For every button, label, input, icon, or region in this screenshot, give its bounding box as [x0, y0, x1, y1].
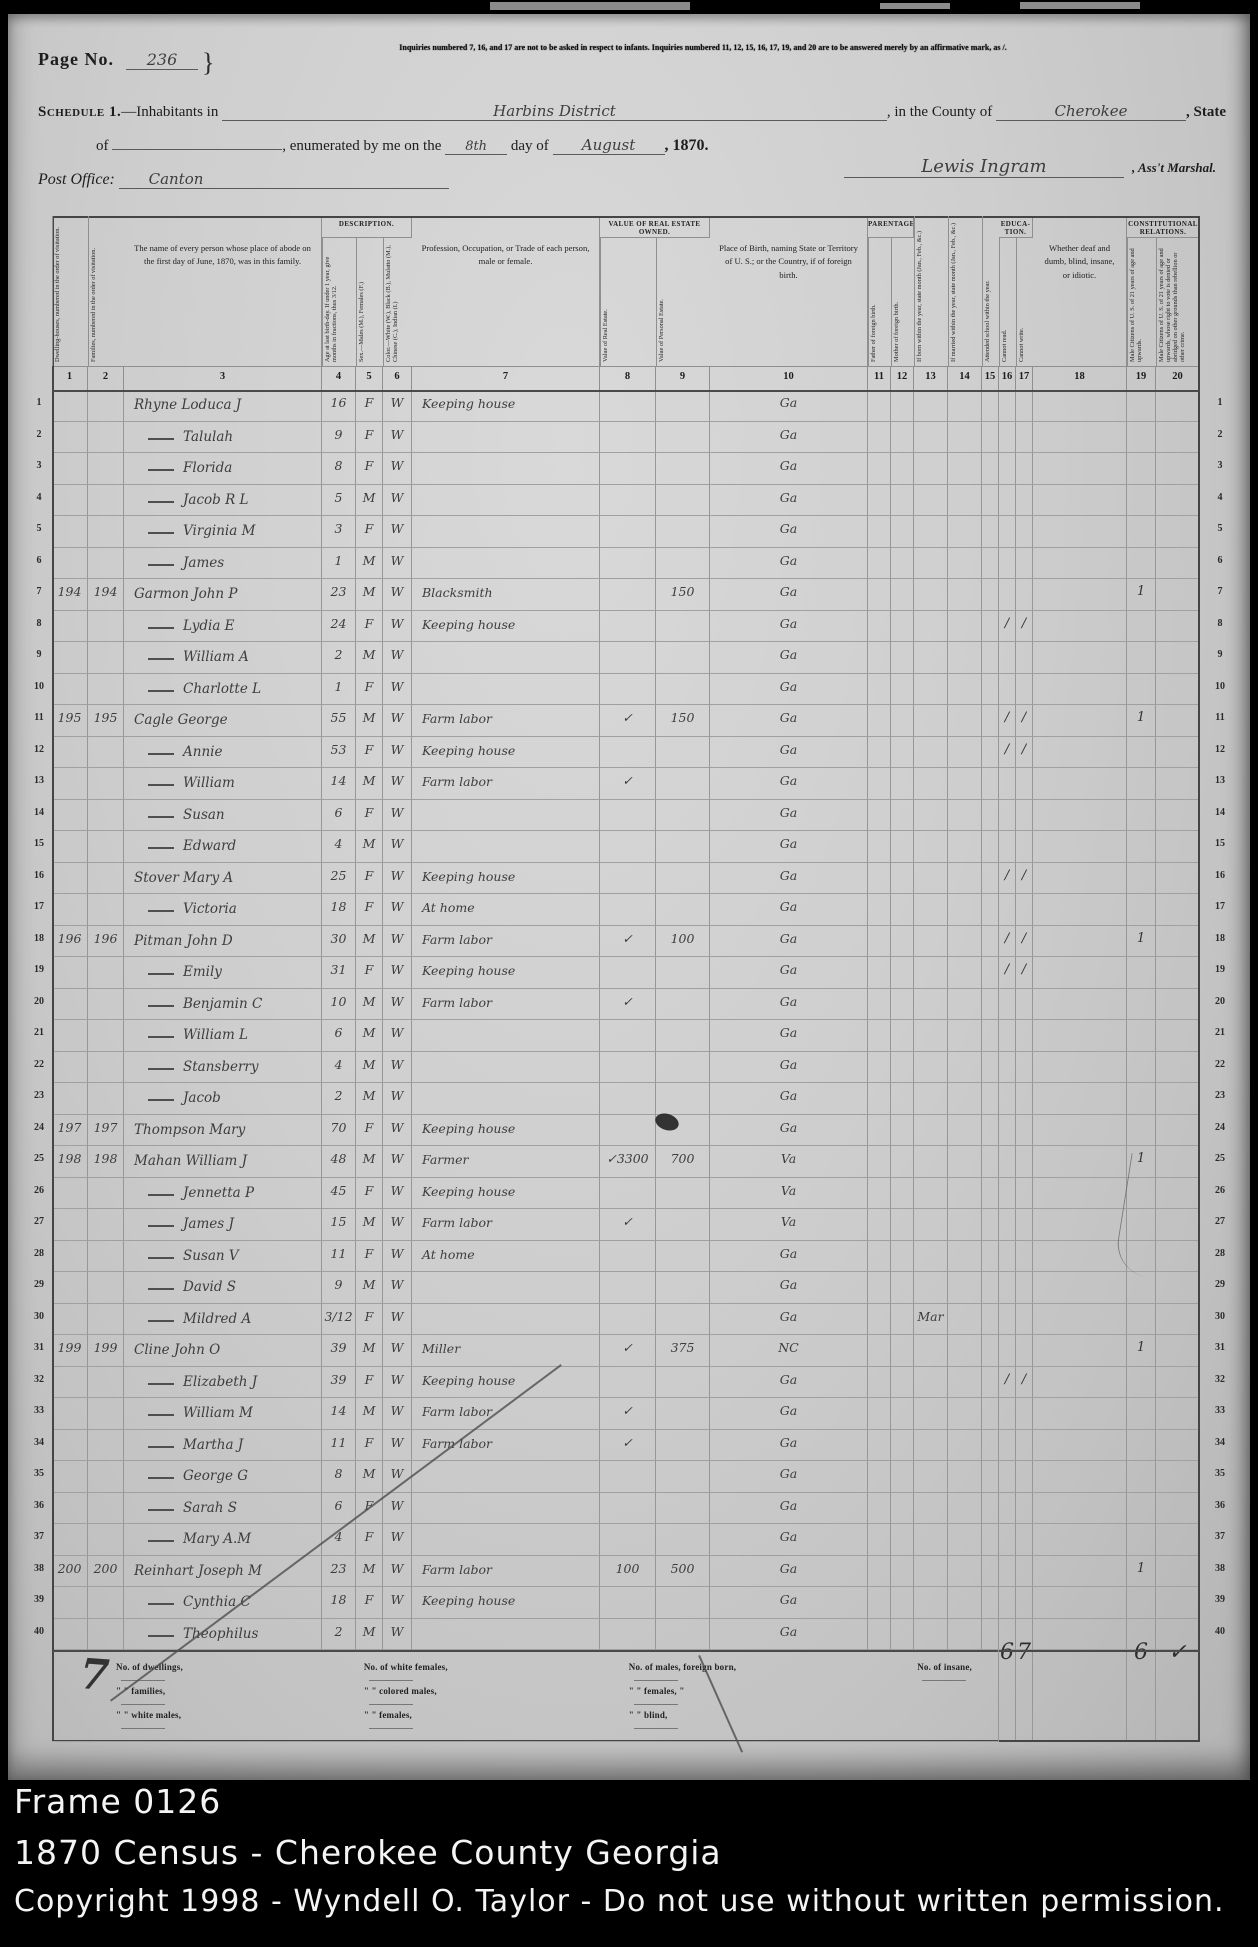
birthplace-value: Ga — [710, 485, 868, 517]
person-name: Thompson Mary — [124, 1115, 322, 1147]
enumerated-label: , enumerated by me on the — [282, 138, 441, 155]
cannot-read-mark — [999, 485, 1016, 517]
family-number: 198 — [88, 1146, 124, 1178]
row-number-left: 21 — [26, 1020, 52, 1052]
column-number-13: 13 — [914, 366, 948, 390]
age-value: 23 — [322, 1556, 356, 1588]
age-value: 23 — [322, 579, 356, 611]
male-citizen-mark — [1127, 1272, 1156, 1304]
attended-school-cell — [982, 1619, 999, 1651]
personal-estate-value — [656, 548, 710, 580]
father-foreign-cell — [868, 737, 891, 769]
occupation-value: Farm labor — [412, 1398, 600, 1430]
row-number-right: 26 — [1200, 1178, 1240, 1210]
age-value: 16 — [322, 390, 356, 422]
birthplace-value: Ga — [710, 1556, 868, 1588]
tally-label: " " colored males, — [364, 1686, 448, 1696]
male-citizen-mark — [1127, 863, 1156, 895]
color-value: W — [383, 1430, 412, 1462]
age-value: 3 — [322, 516, 356, 548]
month-married-cell — [948, 1493, 982, 1525]
citizen-denied-cell — [1156, 1335, 1200, 1367]
scan-artifact — [880, 3, 950, 9]
male-citizen-mark — [1127, 1493, 1156, 1525]
person-name-text: George G — [183, 1468, 248, 1484]
column-number-1: 1 — [52, 366, 88, 390]
month-married-cell — [948, 548, 982, 580]
personal-estate-value — [656, 1398, 710, 1430]
citizen-denied-cell — [1156, 863, 1200, 895]
ditto-dash — [148, 910, 174, 912]
family-number: 196 — [88, 926, 124, 958]
cannot-write-mark: / — [1016, 863, 1033, 895]
color-value: W — [383, 926, 412, 958]
row-number-left: 3 — [26, 453, 52, 485]
occupation-value — [412, 1461, 600, 1493]
sex-value: F — [356, 1587, 383, 1619]
real-estate-value — [600, 1367, 656, 1399]
cannot-read-mark — [999, 1524, 1016, 1556]
attended-school-cell — [982, 894, 999, 926]
personal-estate-value: 500 — [656, 1556, 710, 1588]
row-number-right: 14 — [1200, 800, 1240, 832]
age-value: 1 — [322, 674, 356, 706]
column-number-12: 12 — [891, 366, 914, 390]
month-born-value — [914, 642, 948, 674]
month-born-value — [914, 1398, 948, 1430]
cannot-write-mark — [1016, 1083, 1033, 1115]
row-number-right: 15 — [1200, 831, 1240, 863]
dwelling-number — [52, 485, 88, 517]
color-value: W — [383, 611, 412, 643]
deaf-dumb-cell — [1033, 800, 1127, 832]
real-estate-value — [600, 642, 656, 674]
column-header-11: Father of foreign birth. — [868, 238, 891, 366]
dwelling-number — [52, 1304, 88, 1336]
dwelling-number — [52, 768, 88, 800]
color-value: W — [383, 390, 412, 422]
citizen-denied-cell — [1156, 1115, 1200, 1147]
month-born-value — [914, 1556, 948, 1588]
real-estate-value — [600, 516, 656, 548]
row-number-left: 13 — [26, 768, 52, 800]
male-citizen-mark — [1127, 1367, 1156, 1399]
cannot-write-mark — [1016, 1524, 1033, 1556]
cannot-read-mark — [999, 800, 1016, 832]
personal-estate-value: 700 — [656, 1146, 710, 1178]
personal-estate-value — [656, 800, 710, 832]
personal-estate-value: 100 — [656, 926, 710, 958]
sex-value: F — [356, 390, 383, 422]
deaf-dumb-cell — [1033, 516, 1127, 548]
age-value: 4 — [322, 1052, 356, 1084]
person-name: Sarah S — [124, 1493, 322, 1525]
person-name: William M — [124, 1398, 322, 1430]
male-citizen-mark — [1127, 1304, 1156, 1336]
sex-value: F — [356, 1430, 383, 1462]
person-name: David S — [124, 1272, 322, 1304]
occupation-value — [412, 548, 600, 580]
column-group-constitutional: Constitutional Relations. — [1127, 216, 1200, 238]
row-number-left: 37 — [26, 1524, 52, 1556]
person-name: Cynthia C — [124, 1587, 322, 1619]
birthplace-value: Ga — [710, 1272, 868, 1304]
ditto-dash — [148, 1603, 174, 1605]
real-estate-value — [600, 1020, 656, 1052]
father-foreign-cell — [868, 1178, 891, 1210]
color-value: W — [383, 422, 412, 454]
person-name: Cline John O — [124, 1335, 322, 1367]
personal-estate-value — [656, 863, 710, 895]
deaf-dumb-cell — [1033, 831, 1127, 863]
person-name-text: Pitman John D — [134, 933, 233, 949]
person-name: Reinhart Joseph M — [124, 1556, 322, 1588]
personal-estate-value — [656, 1524, 710, 1556]
deaf-dumb-cell — [1033, 1461, 1127, 1493]
deaf-dumb-cell — [1033, 485, 1127, 517]
real-estate-value — [600, 1272, 656, 1304]
cannot-write-mark — [1016, 674, 1033, 706]
father-foreign-cell — [868, 1052, 891, 1084]
father-foreign-cell — [868, 548, 891, 580]
row-number-left: 20 — [26, 989, 52, 1021]
ditto-dash — [148, 1383, 174, 1385]
census-page-scan: Page No. 236 } Inquiries numbered 7, 16,… — [8, 14, 1250, 1780]
attended-school-cell — [982, 768, 999, 800]
sex-value: M — [356, 1146, 383, 1178]
cannot-read-mark: / — [999, 737, 1016, 769]
occupation-value: Miller — [412, 1335, 600, 1367]
mother-foreign-cell — [891, 1146, 914, 1178]
birthplace-value: Ga — [710, 926, 868, 958]
county-label: , in the County of — [887, 104, 992, 121]
color-value: W — [383, 1556, 412, 1588]
row-number-right: 28 — [1200, 1241, 1240, 1273]
male-citizen-mark — [1127, 1083, 1156, 1115]
ditto-dash — [148, 1194, 174, 1196]
family-number: 194 — [88, 579, 124, 611]
sex-value: M — [356, 926, 383, 958]
tally-blank-line — [121, 1696, 165, 1705]
ditto-dash — [148, 1257, 174, 1259]
month-born-value: Mar — [914, 1304, 948, 1336]
row-number-right: 2 — [1200, 422, 1240, 454]
person-name: William L — [124, 1020, 322, 1052]
row-number-left: 2 — [26, 422, 52, 454]
age-value: 39 — [322, 1367, 356, 1399]
sex-value: M — [356, 1461, 383, 1493]
cannot-read-mark — [999, 1115, 1016, 1147]
row-number-left: 29 — [26, 1272, 52, 1304]
row-number-left: 31 — [26, 1335, 52, 1367]
personal-estate-value — [656, 1367, 710, 1399]
dwelling-number — [52, 548, 88, 580]
color-value: W — [383, 1335, 412, 1367]
month-married-cell — [948, 800, 982, 832]
male-citizen-mark — [1127, 831, 1156, 863]
month-married-cell — [948, 642, 982, 674]
birthplace-value: NC — [710, 1335, 868, 1367]
person-name-text: Elizabeth J — [183, 1374, 257, 1390]
color-value: W — [383, 485, 412, 517]
attended-school-cell — [982, 1304, 999, 1336]
age-value: 3/12 — [322, 1304, 356, 1336]
birthplace-value: Ga — [710, 1587, 868, 1619]
tally-line: " " blind, — [629, 1710, 736, 1731]
citizen-denied-cell — [1156, 1493, 1200, 1525]
birthplace-value: Ga — [710, 705, 868, 737]
male-citizen-mark: 1 — [1127, 1335, 1156, 1367]
deaf-dumb-cell — [1033, 390, 1127, 422]
personal-estate-value — [656, 422, 710, 454]
real-estate-value: ✓ — [600, 926, 656, 958]
attended-school-cell — [982, 1146, 999, 1178]
age-value: 6 — [322, 1020, 356, 1052]
color-value: W — [383, 674, 412, 706]
column-group-real_estate: Value of Real Estate Owned. — [600, 216, 710, 238]
personal-estate-value — [656, 485, 710, 517]
mother-foreign-cell — [891, 1587, 914, 1619]
deaf-dumb-cell — [1033, 1367, 1127, 1399]
scan-artifact — [1020, 2, 1140, 9]
real-estate-value — [600, 1052, 656, 1084]
month-born-value — [914, 1493, 948, 1525]
personal-estate-value — [656, 1587, 710, 1619]
cannot-write-mark: / — [1016, 705, 1033, 737]
real-estate-value — [600, 1241, 656, 1273]
month-married-cell — [948, 1461, 982, 1493]
age-value: 30 — [322, 926, 356, 958]
cannot-read-mark — [999, 1052, 1016, 1084]
citizen-denied-cell — [1156, 1020, 1200, 1052]
row-number-right: 19 — [1200, 957, 1240, 989]
cannot-write-mark — [1016, 831, 1033, 863]
cannot-read-mark — [999, 1083, 1016, 1115]
color-value: W — [383, 1619, 412, 1651]
personal-estate-value — [656, 989, 710, 1021]
row-number-left: 25 — [26, 1146, 52, 1178]
person-name: William A — [124, 642, 322, 674]
attended-school-cell — [982, 1052, 999, 1084]
month-married-cell — [948, 1052, 982, 1084]
signature-line: Lewis Ingram , Ass't Marshal. — [844, 156, 1216, 178]
deaf-dumb-cell — [1033, 548, 1127, 580]
cannot-write-mark — [1016, 1020, 1033, 1052]
cannot-read-mark — [999, 1461, 1016, 1493]
real-estate-value — [600, 957, 656, 989]
cannot-read-mark — [999, 453, 1016, 485]
cannot-write-mark — [1016, 1209, 1033, 1241]
row-number-right: 24 — [1200, 1115, 1240, 1147]
deaf-dumb-cell — [1033, 894, 1127, 926]
person-name: Pitman John D — [124, 926, 322, 958]
row-number-left: 1 — [26, 390, 52, 422]
attended-school-cell — [982, 1209, 999, 1241]
month-born-value — [914, 1083, 948, 1115]
person-name-text: Mildred A — [183, 1311, 251, 1327]
birthplace-value: Ga — [710, 674, 868, 706]
birthplace-value: Ga — [710, 1241, 868, 1273]
citizen-denied-cell — [1156, 894, 1200, 926]
row-number-right: 10 — [1200, 674, 1240, 706]
personal-estate-value — [656, 453, 710, 485]
month-born-value — [914, 390, 948, 422]
column-number-9: 9 — [656, 366, 710, 390]
tally-blank-line — [369, 1696, 413, 1705]
dwelling-number — [52, 1272, 88, 1304]
month-born-value — [914, 1178, 948, 1210]
deaf-dumb-cell — [1033, 1083, 1127, 1115]
male-citizen-mark — [1127, 989, 1156, 1021]
cannot-write-mark — [1016, 1178, 1033, 1210]
attended-school-cell — [982, 831, 999, 863]
father-foreign-cell — [868, 1461, 891, 1493]
day-of-label: day of — [511, 138, 549, 155]
mother-foreign-cell — [891, 516, 914, 548]
deaf-dumb-cell — [1033, 705, 1127, 737]
deaf-dumb-cell — [1033, 768, 1127, 800]
person-name: Talulah — [124, 422, 322, 454]
month-born-value — [914, 1241, 948, 1273]
color-value: W — [383, 1052, 412, 1084]
person-name: Susan V — [124, 1241, 322, 1273]
tally-line: " " females, — [364, 1710, 448, 1731]
age-value: 45 — [322, 1178, 356, 1210]
person-name-text: Garmon John P — [134, 586, 238, 602]
age-value: 18 — [322, 894, 356, 926]
attended-school-cell — [982, 674, 999, 706]
real-estate-value — [600, 390, 656, 422]
ditto-dash — [148, 784, 174, 786]
ditto-dash — [148, 690, 174, 692]
cannot-write-mark — [1016, 1493, 1033, 1525]
occupation-value: Keeping house — [412, 863, 600, 895]
dwelling-number — [52, 737, 88, 769]
mother-foreign-cell — [891, 611, 914, 643]
age-value: 11 — [322, 1430, 356, 1462]
month-married-cell — [948, 1304, 982, 1336]
month-married-cell — [948, 1524, 982, 1556]
deaf-dumb-cell — [1033, 989, 1127, 1021]
birthplace-value: Ga — [710, 989, 868, 1021]
mother-foreign-cell — [891, 737, 914, 769]
family-number — [88, 1493, 124, 1525]
row-number-left: 30 — [26, 1304, 52, 1336]
age-value: 2 — [322, 642, 356, 674]
person-name-text: Emily — [183, 964, 222, 980]
dwelling-number — [52, 1461, 88, 1493]
family-number — [88, 516, 124, 548]
birthplace-value: Ga — [710, 1304, 868, 1336]
deaf-dumb-cell — [1033, 422, 1127, 454]
age-value: 70 — [322, 1115, 356, 1147]
personal-estate-value: 375 — [656, 1335, 710, 1367]
column-number-8: 8 — [600, 366, 656, 390]
month-married-cell — [948, 485, 982, 517]
row-number-left: 6 — [26, 548, 52, 580]
month-married-cell — [948, 831, 982, 863]
cannot-read-mark — [999, 1493, 1016, 1525]
dwelling-number — [52, 1241, 88, 1273]
occupation-value — [412, 1304, 600, 1336]
cannot-write-mark — [1016, 1241, 1033, 1273]
sex-value: M — [356, 548, 383, 580]
father-foreign-cell — [868, 1272, 891, 1304]
cannot-write-mark: / — [1016, 737, 1033, 769]
person-name-text: Jacob — [183, 1090, 221, 1106]
row-number-left: 4 — [26, 485, 52, 517]
row-number-left: 16 — [26, 863, 52, 895]
tally-blank-line — [121, 1720, 165, 1729]
day-value: 8th — [445, 139, 507, 155]
cannot-read-mark — [999, 579, 1016, 611]
marshal-title: , Ass't Marshal. — [1132, 160, 1216, 176]
family-number — [88, 1083, 124, 1115]
caption-copyright: Copyright 1998 - Wyndell O. Taylor - Do … — [14, 1884, 1225, 1919]
personal-estate-value — [656, 957, 710, 989]
citizen-denied-cell — [1156, 1556, 1200, 1588]
occupation-value — [412, 485, 600, 517]
person-name: Benjamin C — [124, 989, 322, 1021]
person-name-text: William M — [183, 1405, 253, 1421]
occupation-value: Farm labor — [412, 926, 600, 958]
sex-value: M — [356, 831, 383, 863]
dwelling-number — [52, 422, 88, 454]
column-header-13: If born within the year, state month (Ja… — [914, 216, 948, 366]
family-number — [88, 390, 124, 422]
citizen-denied-cell — [1156, 611, 1200, 643]
age-value: 15 — [322, 1209, 356, 1241]
mother-foreign-cell — [891, 1083, 914, 1115]
page-no-value: 236 — [126, 50, 198, 70]
person-name-text: Lydia E — [183, 618, 235, 634]
occupation-value: Keeping house — [412, 1367, 600, 1399]
family-number — [88, 831, 124, 863]
deaf-dumb-cell — [1033, 1020, 1127, 1052]
birthplace-value: Ga — [710, 390, 868, 422]
dwelling-number — [52, 957, 88, 989]
month-born-value — [914, 674, 948, 706]
color-value: W — [383, 642, 412, 674]
male-citizen-mark — [1127, 957, 1156, 989]
month-born-value — [914, 1430, 948, 1462]
row-number-left: 23 — [26, 1083, 52, 1115]
month-born-value — [914, 894, 948, 926]
real-estate-value — [600, 800, 656, 832]
sex-value: F — [356, 957, 383, 989]
male-citizen-mark — [1127, 737, 1156, 769]
father-foreign-cell — [868, 1146, 891, 1178]
row-number-right: 9 — [1200, 642, 1240, 674]
sex-value: M — [356, 768, 383, 800]
age-value: 53 — [322, 737, 356, 769]
column-number-11: 11 — [868, 366, 891, 390]
row-number-right: 29 — [1200, 1272, 1240, 1304]
personal-estate-value — [656, 1052, 710, 1084]
row-number-left: 10 — [26, 674, 52, 706]
male-citizen-mark: 1 — [1127, 1556, 1156, 1588]
family-number — [88, 768, 124, 800]
deaf-dumb-cell — [1033, 1398, 1127, 1430]
real-estate-value: ✓ — [600, 1398, 656, 1430]
person-name: Stover Mary A — [124, 863, 322, 895]
father-foreign-cell — [868, 1556, 891, 1588]
citizen-denied-cell — [1156, 705, 1200, 737]
occupation-value — [412, 1524, 600, 1556]
dwelling-number — [52, 674, 88, 706]
dwelling-number: 194 — [52, 579, 88, 611]
male-citizen-mark — [1127, 1052, 1156, 1084]
